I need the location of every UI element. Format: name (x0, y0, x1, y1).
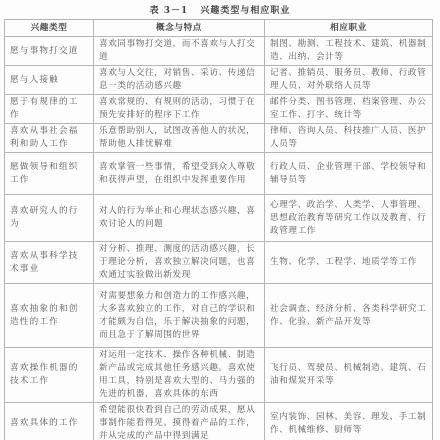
table-row: 愿与人接触 喜欢与人交往，对销售、采访、传递信息一类的活动感兴趣 记者、推销员、… (5, 66, 433, 95)
careers-cell: 记者、推销员、服务员、教师、行政管理人员、对外联络人员等 (265, 66, 433, 95)
careers-cell: 心理学、政治学、人类学、人事管理、思想政治教育等研究工作以及教育、行政管理工作 (265, 195, 433, 242)
careers-cell: 室内装饰、园林、美容、理发、手工制作、机械维修、厨师等 (265, 403, 433, 440)
table-row: 喜欢具体的工作 希望能很快看到自己的劳动成果，愿从事制作能看得见、摸得着产品的工… (5, 403, 433, 440)
interest-type-cell: 愿做领导和组织工作 (5, 153, 94, 195)
features-cell: 希望能很快看到自己的劳动成果，愿从事制作能看得见、摸得着产品的工作，并从完成的产… (94, 403, 265, 440)
table-row: 喜欢研究人的行为 对人的行为举止和心理状态感兴趣，喜欢讨论人的问题 心理学、政治… (5, 195, 433, 242)
table-row: 喜欢从事科学技术事业 对分析、推理、测度的活动感兴趣，长于理论分析，喜欢独立解决… (5, 242, 433, 284)
header-careers: 相应职业 (265, 20, 433, 37)
features-cell: 对分析、推理、测度的活动感兴趣，长于理论分析，喜欢独立解决问题，也喜欢通过实验做… (94, 242, 265, 284)
table-number: 表 3－1 (150, 6, 189, 16)
features-cell: 对运用一定技术、操作各种机械、制造新产品或完成其他任务感兴趣。喜欢使用工具，特别… (94, 348, 265, 403)
interest-type-cell: 愿与人接触 (5, 66, 94, 95)
interest-type-cell: 喜欢具体的工作 (5, 403, 94, 440)
careers-cell: 律师、咨询人员、科技推广人员、医护人员等 (265, 124, 433, 153)
interest-type-cell: 喜欢研究人的行为 (5, 195, 94, 242)
features-cell: 喜欢与人交往，对销售、采访、传递信息一类的活动感兴趣 (94, 66, 265, 95)
interest-type-cell: 喜欢从事社会福利和助人工作 (5, 124, 94, 153)
careers-cell: 飞行员、驾驶员、机械制造、建筑、石油和煤炭开采等 (265, 348, 433, 403)
interest-type-cell: 喜欢操作机器的技术工作 (5, 348, 94, 403)
careers-cell: 行政人员、企业管理干部、学校领导和辅导员等 (265, 153, 433, 195)
table-row: 喜欢操作机器的技术工作 对运用一定技术、操作各种机械、制造新产品或完成其他任务感… (5, 348, 433, 403)
features-cell: 对需要想象力和创造力的工作感兴趣，大多喜欢独立的工作，对自己的学识和才能颇为自信… (94, 284, 265, 348)
features-cell: 喜欢掌管一些事情，希望受到众人尊敬和获得声望，在组织中发挥重要作用 (94, 153, 265, 195)
careers-cell: 生物、化学、工程学、地质学等工作 (265, 242, 433, 284)
table-title: 兴趣类型与相应职业 (200, 6, 290, 16)
careers-cell: 制图、勘测、工程技术、建筑、机器制造、出纳、会计等 (265, 37, 433, 66)
interest-type-cell: 喜欢抽象的和创造性的工作 (5, 284, 94, 348)
header-interest-type: 兴趣类型 (5, 20, 94, 37)
interest-type-cell: 愿于有规律的工作 (5, 95, 94, 124)
table-row: 喜欢抽象的和创造性的工作 对需要想象力和创造力的工作感兴趣，大多喜欢独立的工作，… (5, 284, 433, 348)
header-features: 概念与特点 (94, 20, 265, 37)
interest-type-cell: 愿与事物打交道 (5, 37, 94, 66)
careers-cell: 邮件分类、图书管理、档案管理、办公室工作、打字、统计等 (265, 95, 433, 124)
careers-cell: 社会调查、经济分析、各类科学研究工作、化验、新产品开发等 (265, 284, 433, 348)
features-cell: 对人的行为举止和心理状态感兴趣，喜欢讨论人的问题 (94, 195, 265, 242)
features-cell: 喜欢同事物打交道，而不喜欢与人打交道 (94, 37, 265, 66)
table-row: 喜欢从事社会福利和助人工作 乐意帮助别人，试图改善他人的状况，帮助他人排忧解难 … (5, 124, 433, 153)
table-row: 愿做领导和组织工作 喜欢掌管一些事情，希望受到众人尊敬和获得声望，在组织中发挥重… (5, 153, 433, 195)
table-caption: 表 3－1 兴趣类型与相应职业 (0, 3, 440, 16)
table-row: 愿于有规律的工作 喜欢常规的、有规则的活动，习惯于在预先安排好的程序下工作 邮件… (5, 95, 433, 124)
header-row: 兴趣类型 概念与特点 相应职业 (5, 20, 433, 37)
interest-type-cell: 喜欢从事科学技术事业 (5, 242, 94, 284)
features-cell: 喜欢常规的、有规则的活动，习惯于在预先安排好的程序下工作 (94, 95, 265, 124)
table-row: 愿与事物打交道 喜欢同事物打交道，而不喜欢与人打交道 制图、勘测、工程技术、建筑… (5, 37, 433, 66)
features-cell: 乐意帮助别人，试图改善他人的状况，帮助他人排忧解难 (94, 124, 265, 153)
interest-career-table: 兴趣类型 概念与特点 相应职业 愿与事物打交道 喜欢同事物打交道，而不喜欢与人打… (4, 19, 433, 440)
